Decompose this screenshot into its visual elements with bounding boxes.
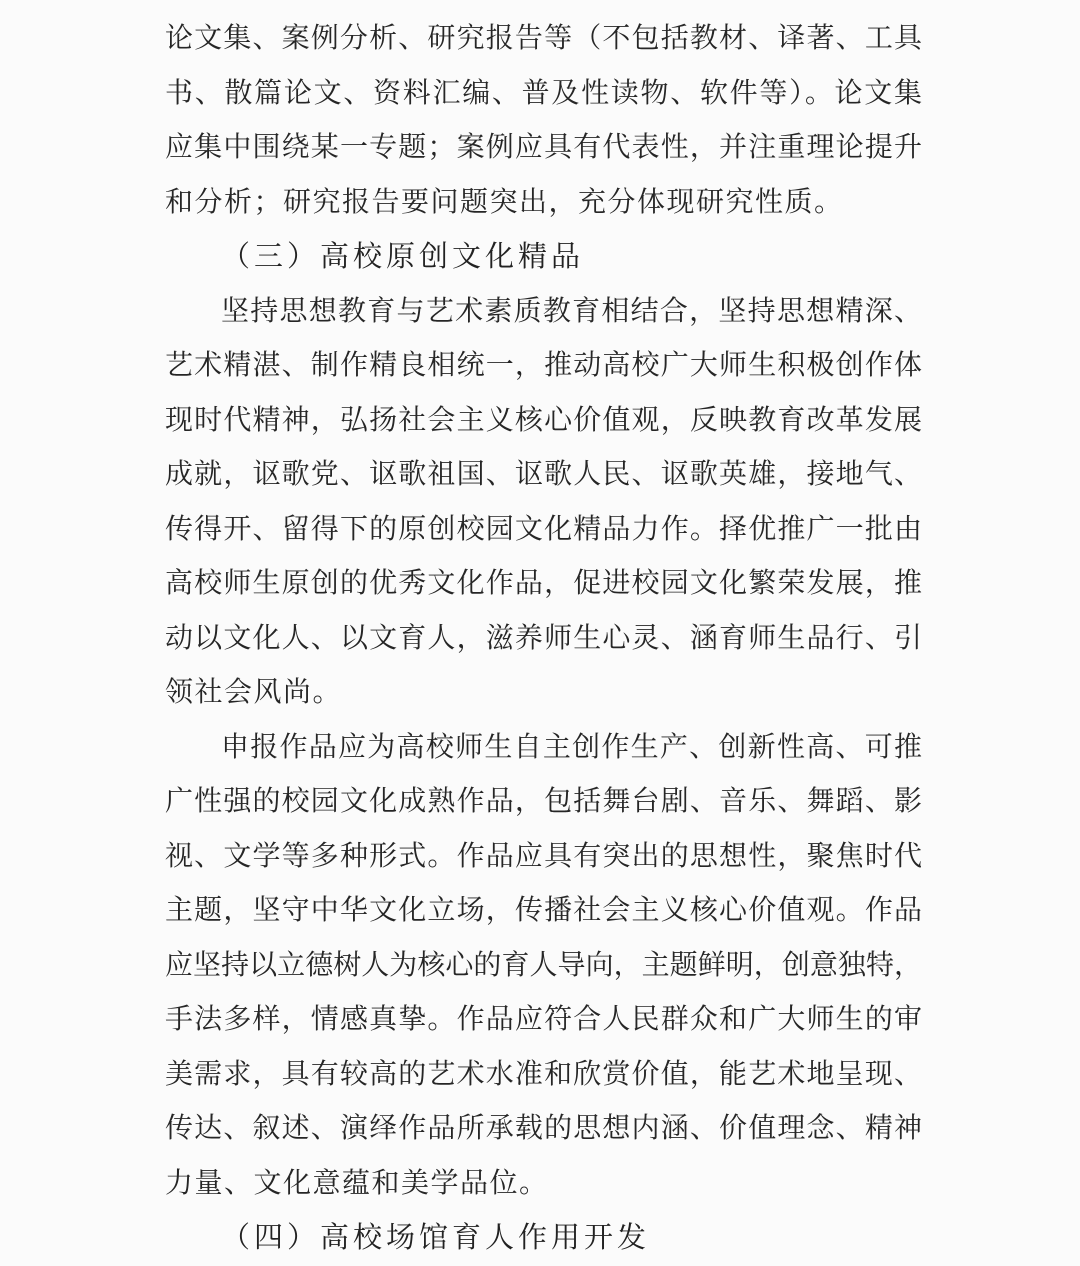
- body-text-line: 和分析；研究报告要问题突出，充分体现研究性质。: [165, 176, 922, 231]
- body-text-line: 手法多样，情感真挚。作品应符合人民群众和广大师生的审: [165, 993, 922, 1048]
- body-text-line: 动以文化人、以文育人，滋养师生心灵、涵育师生品行、引: [165, 612, 922, 667]
- body-text-line: 高校师生原创的优秀文化作品，促进校园文化繁荣发展，推: [165, 557, 922, 612]
- body-text-line: 主题，坚守中华文化立场，传播社会主义核心价值观。作品: [165, 884, 922, 939]
- body-text-line: 论文集、案例分析、研究报告等（不包括教材、译著、工具: [165, 12, 922, 67]
- body-text-line: 成就，讴歌党、讴歌祖国、讴歌人民、讴歌英雄，接地气、: [165, 448, 922, 503]
- body-text-line: 书、散篇论文、资料汇编、普及性读物、软件等）。论文集: [165, 67, 922, 122]
- body-text-line: 视、文学等多种形式。作品应具有突出的思想性，聚焦时代: [165, 830, 922, 885]
- document-body: 论文集、案例分析、研究报告等（不包括教材、译著、工具书、散篇论文、资料汇编、普及…: [165, 12, 922, 1266]
- section-heading-line: （三）高校原创文化精品: [165, 230, 922, 285]
- section-heading-line: （四）高校场馆育人作用开发: [165, 1211, 922, 1266]
- body-text-line: 领社会风尚。: [165, 666, 922, 721]
- body-text-line: 艺术精湛、制作精良相统一，推动高校广大师生积极创作体: [165, 339, 922, 394]
- body-text-line: 现时代精神，弘扬社会主义核心价值观，反映教育改革发展: [165, 394, 922, 449]
- body-text-line: 应坚持以立德树人为核心的育人导向，主题鲜明，创意独特，: [165, 939, 922, 994]
- body-text-line: 应集中围绕某一专题；案例应具有代表性，并注重理论提升: [165, 121, 922, 176]
- body-text-line: 坚持思想教育与艺术素质教育相结合，坚持思想精深、: [165, 285, 922, 340]
- body-text-line: 广性强的校园文化成熟作品，包括舞台剧、音乐、舞蹈、影: [165, 775, 922, 830]
- body-text-line: 美需求，具有较高的艺术水准和欣赏价值，能艺术地呈现、: [165, 1048, 922, 1103]
- body-text-line: 传得开、留得下的原创校园文化精品力作。择优推广一批由: [165, 503, 922, 558]
- body-text-line: 申报作品应为高校师生自主创作生产、创新性高、可推: [165, 721, 922, 776]
- body-text-line: 传达、叙述、演绎作品所承载的思想内涵、价值理念、精神: [165, 1102, 922, 1157]
- document-page: 论文集、案例分析、研究报告等（不包括教材、译著、工具书、散篇论文、资料汇编、普及…: [0, 0, 1080, 1266]
- body-text-line: 力量、文化意蕴和美学品位。: [165, 1157, 922, 1212]
